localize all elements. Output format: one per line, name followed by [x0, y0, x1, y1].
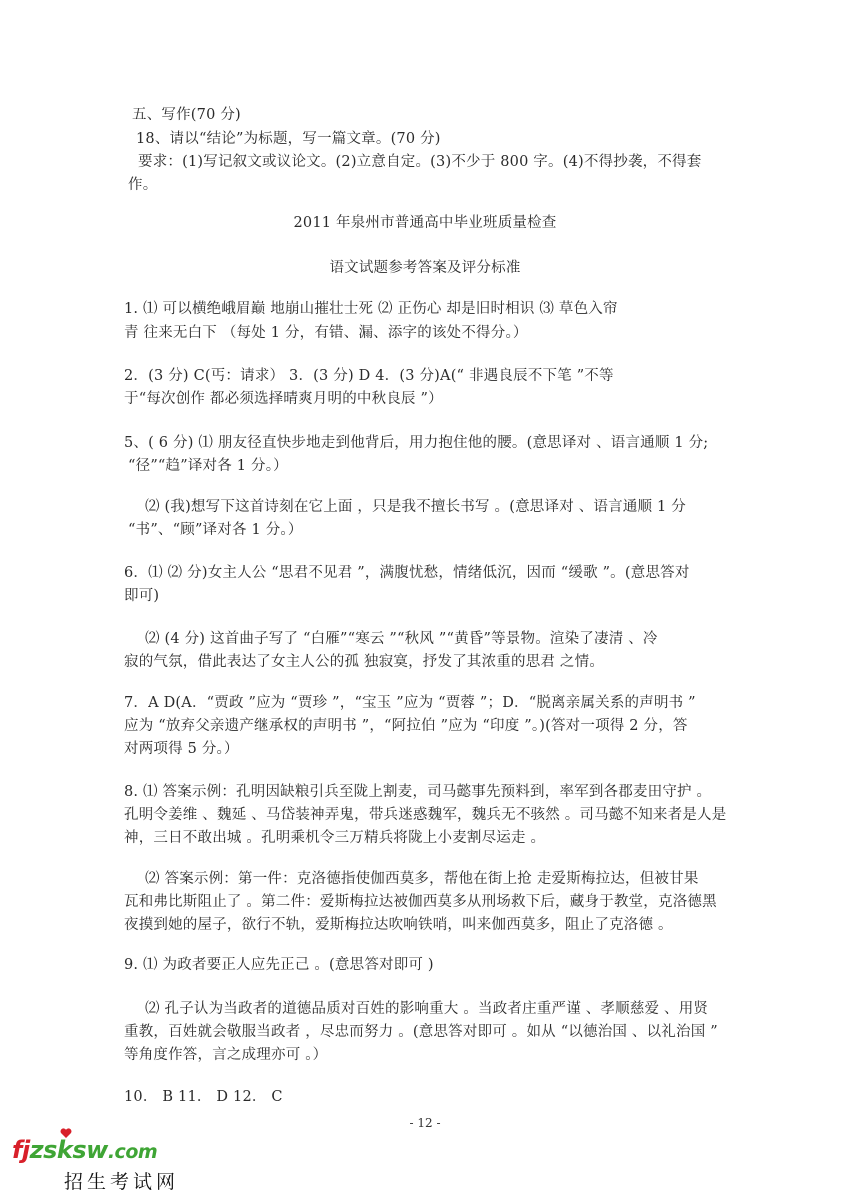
logo-text-com: .com — [108, 1141, 157, 1163]
logo-wordmark: fjzsksw.com — [12, 1136, 157, 1164]
answer-7-line-2: 应为 “放弃父亲遗产继承权的声明书 ”，“阿拉伯 ”应为 “印度 ”。)(答对一… — [124, 717, 688, 735]
answer-5-1-line-2: “径”“趋”译对各 1 分。） — [128, 457, 288, 475]
answer-7-line-3: 对两项得 5 分。） — [124, 740, 239, 758]
answer-6-2-line-2: 寂的气氛，借此表达了女主人公的孤 独寂寞，抒发了其浓重的思君 之情。 — [124, 653, 604, 671]
logo-text-green: zsksw — [30, 1136, 108, 1164]
answer-1-line-2: 青 往来无白下 （每处 1 分，有错、漏、添字的该处不得分。） — [124, 324, 528, 342]
site-logo[interactable]: fjzsksw.com 招生考试网 — [12, 1136, 182, 1196]
logo-text-red: fj — [12, 1136, 30, 1164]
answer-7-line-1: 7．A D(A．“贾政 ”应为 “贾珍 ”，“宝玉 ”应为 “贾蓉 ”；D．“脱… — [124, 694, 696, 712]
answer-8-1-line-3: 神，三日不敢出城 。孔明乘机令三万精兵将陇上小麦割尽运走 。 — [124, 829, 545, 847]
answer-9-2-line-3: 等角度作答，言之成理亦可 。） — [124, 1046, 327, 1064]
answer-8-2-line-2: 瓦和弗比斯阻止了 。第二件：爱斯梅拉达被伽西莫多从刑场救下后，藏身于教堂，克洛德… — [124, 893, 717, 911]
page-number: - 12 - — [0, 1116, 850, 1130]
document-subtitle: 语文试题参考答案及评分标准 — [0, 259, 850, 277]
answer-2-4-line-2: 于“每次创作 都必须选择晴爽月明的中秋良辰 ”） — [124, 390, 443, 408]
answer-10-12: 10． B 11． D 12． C — [124, 1088, 283, 1106]
answer-5-2-line-1: ⑵ (我)想写下这首诗刻在它上面 ，只是我不擅长书写 。(意思译对 、语言通顺 … — [145, 498, 686, 516]
answer-8-1-line-1: 8. ⑴ 答案示例：孔明因缺粮引兵至陇上割麦，司马懿事先预料到，率军到各郡麦田守… — [124, 783, 711, 801]
logo-chinese-name: 招生考试网 — [64, 1167, 179, 1194]
question-18: 18、请以“结论”为标题，写一篇文章。(70 分) — [136, 130, 441, 148]
answer-9-1: 9. ⑴ 为政者要正人应先正己 。(意思答对即可 ) — [124, 956, 434, 974]
answer-6-1-line-2: 即可) — [124, 587, 159, 605]
requirements-line-1: 要求：(1)写记叙文或议论文。(2)立意自定。(3)不少于 800 字。(4)不… — [138, 153, 701, 171]
section-heading: 五、写作(70 分) — [132, 106, 241, 124]
answer-6-2-line-1: ⑵ (4 分) 这首曲子写了 “白雁”“寒云 ”“秋风 ”“黄昏”等景物。渲染了… — [145, 630, 658, 648]
answer-8-1-line-2: 孔明令姜维 、魏延 、马岱装神弄鬼，带兵迷惑魏军，魏兵无不骇然 。司马懿不知来者… — [124, 806, 726, 824]
answer-8-2-line-3: 夜摸到她的屋子，欲行不轨，爱斯梅拉达吹响铁哨，叫来伽西莫多，阻止了克洛德 。 — [124, 916, 673, 934]
answer-5-2-line-2: “书”、“顾”译对各 1 分。） — [128, 521, 303, 539]
requirements-line-2: 作。 — [128, 176, 157, 194]
answer-5-1-line-1: 5、( 6 分) ⑴ 朋友径直快步地走到他背后，用力抱住他的腰。(意思译对 、语… — [124, 434, 708, 452]
answer-6-1-line-1: 6．⑴ ⑵ 分)女主人公 “思君不见君 ”，满腹忧愁，情绪低沉，因而 “缓歌 ”… — [124, 564, 690, 582]
answer-8-2-line-1: ⑵ 答案示例：第一件：克洛德指使伽西莫多，帮他在街上抢 走爱斯梅拉达，但被甘果 — [145, 870, 699, 888]
document-title: 2011 年泉州市普通高中毕业班质量检查 — [0, 214, 850, 232]
answer-9-2-line-1: ⑵ 孔子认为当政者的道德品质对百姓的影响重大 。当政者庄重严谨 、孝顺慈爱 、用… — [145, 1000, 708, 1018]
answer-1-line-1: 1. ⑴ 可以横绝峨眉巅 地崩山摧壮士死 ⑵ 正伤心 却是旧时相识 ⑶ 草色入帘 — [124, 300, 618, 318]
answer-2-4-line-1: 2．(3 分) C(丐：请求） 3．(3 分) D 4．(3 分)A(“ 非遇良… — [124, 367, 614, 385]
document-page: 五、写作(70 分) 18、请以“结论”为标题，写一篇文章。(70 分) 要求：… — [0, 0, 850, 1202]
answer-9-2-line-2: 重教，百姓就会敬服当政者 ，尽忠而努力 。(意思答对即可 。如从 “以德治国 、… — [124, 1023, 718, 1041]
